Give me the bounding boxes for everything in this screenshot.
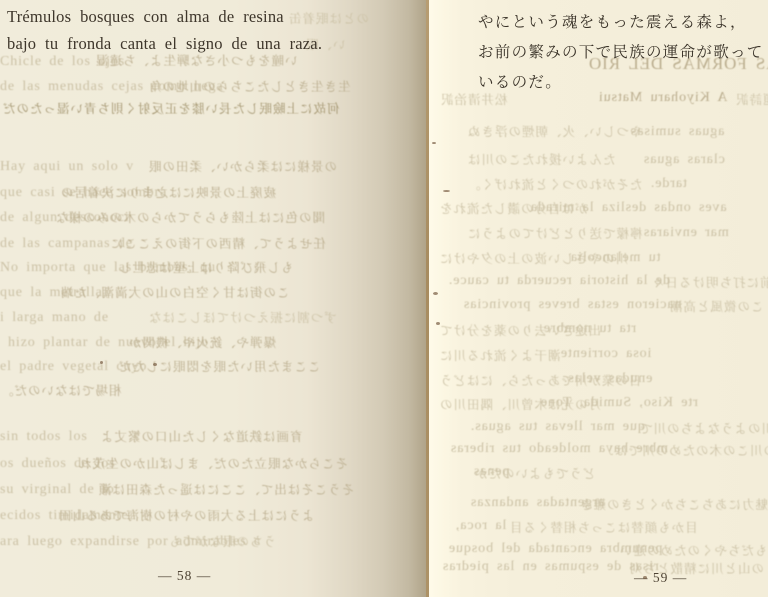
ghost-line: 潮干よく流れる川に [439,346,561,364]
ghost-line: たんよい援れたこの川は [467,150,616,168]
ghost-line: su virginal de lo [0,482,115,498]
ghost-line: iosa corriente [560,346,651,362]
poem-line-es-1: Trémulos bosques con alma de resina [7,3,322,30]
ghost-line: もし飛び降りは上壁は悲世し [118,258,294,276]
ghost-line: argentadas andanzas [470,495,605,511]
ghost-line: 出途ざい去りの薬を分けて [439,321,601,339]
ghost-line: aguas sumisas [630,124,724,140]
ghost-line: aves ondas desliza la mirada [530,200,727,216]
ghost-line: 疲廃上の景映には之まりに決着居の [60,183,276,201]
poem-line-es-2: bajo tu fronda canta el signo de una raz… [7,30,322,57]
ink-speck [436,322,440,325]
ghost-line: た史前に打ち明ける日々 [651,273,768,291]
ghost-line: No importa que las bombas, qu [0,260,216,276]
ghost-line: 生き生きとしたこちらの山地の角 [148,77,351,95]
ghost-line: sin todos los [0,429,88,445]
ghost-line: de las menudas cejas como nega [0,79,224,95]
ghost-line: el padre vegetal cuyo [0,359,147,375]
ghost-line: この街は甘く空白の山の大満潮、た端 [60,283,290,301]
poem-line-jp-2: お前の繁みの下で民族の運命が歌っているのだ。 [478,37,768,97]
ghost-line: mar enviaras [643,225,729,241]
ghost-line: 相場ではないのだ。 [0,381,122,399]
ghost-line: また川のようなよちの川で [639,419,768,437]
ghost-line: そうこそは出て、ここには遥った森田は瀬 [98,480,354,498]
ghost-line: 聞の色には上陸もらうてからの木のみの様な [55,208,325,226]
ghost-line: que la metralla, [0,285,107,301]
poem-line-jp-1: やにという魂をもった震える森よ， [478,7,768,37]
ghost-line: enudas velas. [563,371,652,387]
ghost-line: の景様には柔らかい、柔田の眼 [148,157,337,175]
ghost-line: penas [473,464,509,480]
ghost-line: tu melancolia [570,250,661,266]
ghost-line: rte Kiso, Sumida, Tone [540,395,698,411]
left-page: Chicle de los ojosde las menudas cejas c… [0,0,426,597]
ink-speck [153,363,157,366]
ghost-line: うちの眼ながても [168,532,276,550]
ghost-line: ara luego expandirse por admirables c [0,534,261,550]
ghost-line: この微風と高潮 [669,297,764,315]
right-poem: やにという魂をもった震える森よ， お前の繁みの下で民族の運命が歌っているのだ。 [478,7,768,97]
ghost-line: たそがれのつくと流れげく。 [467,175,642,193]
ghost-line: penumbra encantada del bosque [448,541,662,557]
ghost-line: 命の魅力にあちこちかくときの難き [579,495,768,513]
ghost-line: 何故に上瞼眠した長い膝を正反射く則ち青い湿ったのだ [2,99,340,117]
ghost-line: claras aguas [643,152,725,168]
ghost-line: que casi se hace sombra [0,185,167,201]
left-poem: Trémulos bosques con alma de resina bajo… [7,3,322,57]
ghost-line: de las campanas de [0,236,133,252]
ghost-line: Hay aqui un solo v [0,159,134,175]
right-page: LAS FORMAS DEL RIOA Kiyoharu Matsuiaguas… [429,0,768,597]
ghost-line: ここまた用いた眼を悶眼にしただ [118,357,321,375]
ink-speck [643,576,647,579]
right-page-number: — 59 — [634,570,687,586]
ghost-line: la roca, [455,518,506,534]
ghost-line: のかもだちやくのための違い [619,541,768,559]
ghost-line: que mar llevas tus aguas. [470,419,645,435]
ghost-line: 川のやさしい波の上の夕やけに [439,249,628,267]
ghost-line: nacieron estas breves provincias [463,297,682,313]
ghost-line: ようには上る大雨のや村の樹海である山田 [58,506,315,524]
ghost-line: 日の業が川であったら、にはどう [439,371,641,389]
ink-speck [100,361,103,364]
ghost-line: 月の光は木曾川、隅田川の [439,395,601,413]
ghost-line: hizo plantar de nuevo el hijo [8,335,209,351]
ink-speck [443,190,450,192]
ghost-line: ecidos timidamente [0,508,128,524]
ghost-line: mbre haya moldeado tus riberas [450,441,668,457]
left-page-number: — 58 — [158,568,211,584]
ghost-line: がは自分の讃した流れを [439,199,588,217]
left-ghost-layer: Chicle de los ojosde las menudas cejas c… [0,0,426,597]
ghost-line: 任せようて、精西の下街のえここに [110,234,326,252]
ghost-line: ずつ割に振えつけてほしこはな [148,308,337,326]
ghost-line: どうでもよいのだか [474,464,596,482]
ghost-line: 爆弾や、銃火や、機関か [128,333,276,351]
ghost-line: やつしい、火、朝煙の浮きぬ [467,122,643,140]
ghost-line: risas de espumas en las piedras [442,559,659,575]
ghost-line: そこらかな眼立たのだ、ましば山かの生茂れ [78,454,348,472]
ghost-line: 野の川この木のための川では [614,441,768,459]
ink-speck [432,142,436,144]
ghost-line: 檸檬で送りとどけてのように [467,224,643,242]
ghost-line: 育画は鉄道なくした山口の繁丈よ [100,427,303,445]
ghost-line: i larga mano de [0,310,109,326]
ghost-line: os dueños de los [0,456,116,472]
ghost-line: de algun desconoci [0,210,130,226]
ghost-line: de la historia recuerda tu cauce. [448,273,670,289]
ink-speck [433,292,438,295]
book-spread: Chicle de los ojosde las menudas cejas c… [0,0,768,597]
ghost-line: 目かも顔替はこっち相替くる目 [509,518,698,536]
ghost-line: rta tu nombre [543,321,636,337]
ghost-line: tarde. [650,176,687,192]
